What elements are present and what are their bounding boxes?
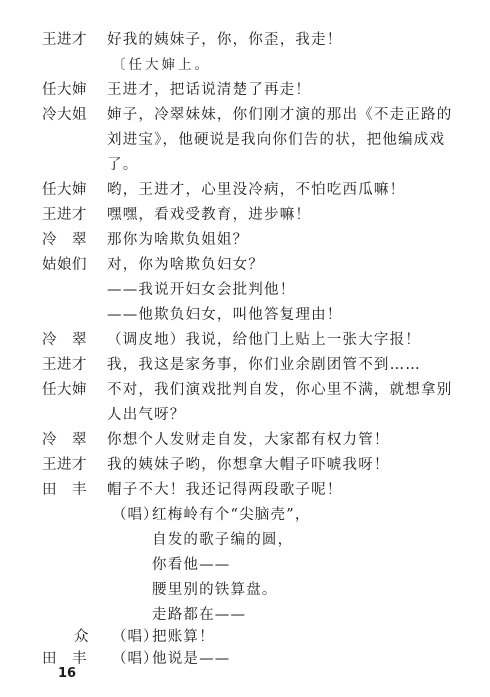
- speaker-name: 王进才: [42, 28, 104, 52]
- speaker-name: 冷大姐: [42, 103, 104, 127]
- speech-text: 帽子不大！我还记得两段歌子呢！: [107, 478, 343, 502]
- speech-text: （调皮地）我说，给他门上贴上一张大字报！: [107, 328, 421, 352]
- speaker-name: 冷 翠: [42, 228, 104, 252]
- speech-text: 不对，我们演戏批判自发，你心里不满，就想拿别: [107, 378, 452, 402]
- speech-text: 人出气呀？: [107, 403, 186, 427]
- speaker-name: 姑娘们: [42, 253, 104, 277]
- speaker-name: 冷 翠: [42, 428, 104, 452]
- stage-direction-text: 〔任大婶上。: [112, 53, 211, 77]
- script-page: 王进才 好我的姨妹子，你，你歪，我走！ 〔任大婶上。 任大婶 王进才，把话说清楚…: [0, 0, 490, 697]
- speech-text: 你想个人发财走自发，大家都有权力管！: [107, 428, 390, 452]
- speaker-name: 任大婶: [42, 78, 104, 102]
- speech-text: 我的姨妹子哟，你想拿大帽子吓唬我呀！: [107, 453, 390, 477]
- song-lyric: 腰里别的铁算盘。: [152, 578, 278, 602]
- speech-text: ——我说开妇女会批判他！: [107, 278, 295, 302]
- speech-text: 婶子，冷翠妹妹，你们刚才演的那出《不走正路的: [107, 103, 452, 127]
- speaker-name: 冷 翠: [42, 328, 104, 352]
- speech-text: 对，你为啥欺负妇女？: [107, 253, 264, 277]
- speaker-name: 任大婶: [42, 178, 104, 202]
- speech-text: 刘进宝》，他硬说是我向你们告的状，把他编成戏: [107, 128, 445, 152]
- speaker-name: 众: [74, 625, 89, 649]
- speaker-name: 田 丰: [42, 478, 104, 502]
- speech-text: 我，我这是家务事，你们业余剧团管不到……: [107, 353, 421, 377]
- speech-text: 王进才，把话说清楚了再走！: [107, 78, 311, 102]
- speech-text: 了。: [107, 153, 138, 177]
- song-lyric: 你看他——: [152, 553, 231, 577]
- speaker-name: 王进才: [42, 353, 104, 377]
- speech-text: 那你为啥欺负姐姐？: [107, 228, 248, 252]
- song-lyric: 红梅岭有个“尖脑壳”，: [152, 503, 311, 527]
- speaker-name: 任大婶: [42, 378, 104, 402]
- speaker-name: 王进才: [42, 203, 104, 227]
- song-lyric: 把账算！: [152, 625, 215, 649]
- speech-text: ——他欺负妇女，叫他答复理由！: [107, 303, 343, 327]
- page-number: 16: [58, 666, 76, 681]
- speaker-name: 王进才: [42, 453, 104, 477]
- speech-text: 好我的姨妹子，你，你歪，我走！: [107, 28, 343, 52]
- speech-text: 哟，王进才，心里没冷病，不怕吃西瓜嘛！: [107, 178, 405, 202]
- song-lyric: 他说是——: [152, 647, 231, 671]
- song-lyric: 自发的歌子编的圆，: [152, 528, 293, 552]
- speech-text: 嘿嘿，看戏受教育，进步嘛！: [107, 203, 311, 227]
- song-lyric: 走路都在——: [152, 603, 246, 627]
